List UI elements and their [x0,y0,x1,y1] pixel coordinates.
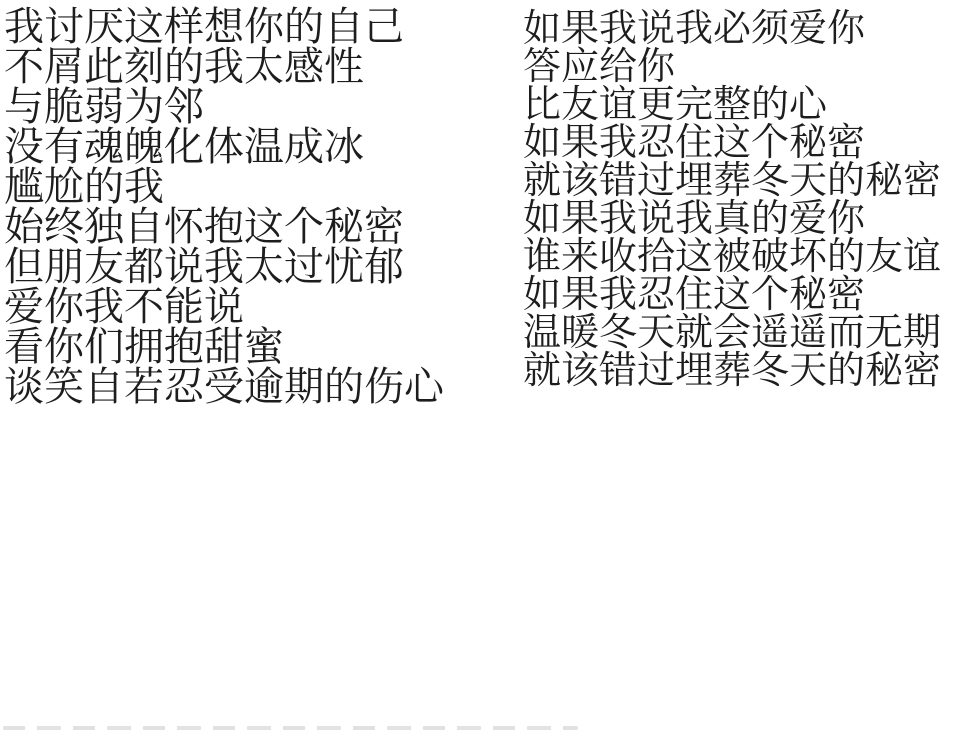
lyric-line: 如果我说我必须爱你 [523,0,941,31]
lyric-line: 看你们拥抱甜蜜 [4,310,444,350]
lyric-line: 就该错过埋葬冬天的秘密 [523,145,941,183]
lyric-line: 比友谊更完整的心 [523,69,941,107]
lyric-line: 我讨厌这样想你的自己 [4,0,444,30]
lyrics-page: 我讨厌这样想你的自己 不屑此刻的我太感性 与脆弱为邻 没有魂魄化体温成冰 尴尬的… [0,0,980,730]
lyric-line: 始终独自怀抱这个秘密 [4,190,444,230]
lyrics-column-left: 我讨厌这样想你的自己 不屑此刻的我太感性 与脆弱为邻 没有魂魄化体温成冰 尴尬的… [4,0,444,390]
lyric-line: 谁来收拾这被破坏的友谊 [523,221,941,259]
lyric-line: 就该错过埋葬冬天的秘密 [523,335,941,373]
cut-off-text-remnant [3,726,578,730]
lyrics-column-right: 如果我说我必须爱你 答应给你 比友谊更完整的心 如果我忍住这个秘密 就该错过埋葬… [523,0,941,373]
lyric-line: 谈笑自若忍受逾期的伤心 [4,350,444,390]
lyric-line: 没有魂魄化体温成冰 [4,110,444,150]
lyric-line: 如果我忍住这个秘密 [523,107,941,145]
lyric-line: 温暖冬天就会遥遥而无期 [523,297,941,335]
lyric-line: 但朋友都说我太过忧郁 [4,230,444,270]
